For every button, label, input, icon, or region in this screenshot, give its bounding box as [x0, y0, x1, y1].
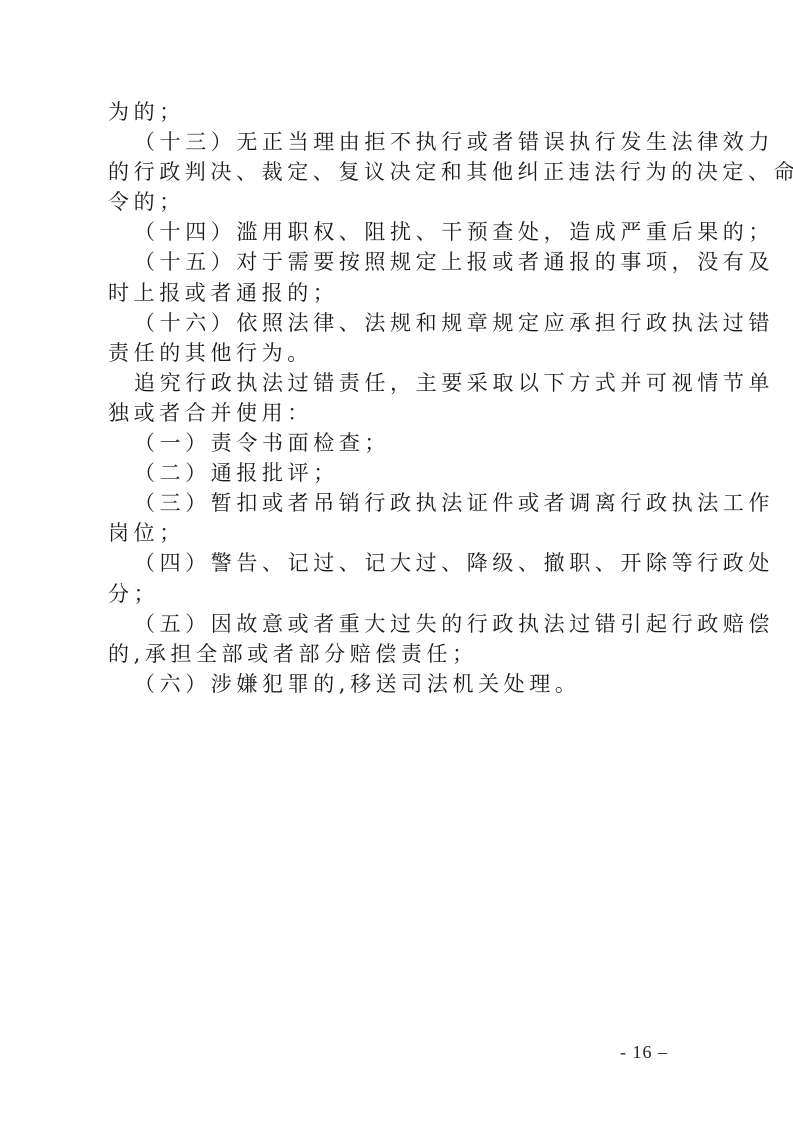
text-line: 岗位；	[108, 518, 688, 548]
text-line: （三）暂扣或者吊销行政执法证件或者调离行政执法工作	[108, 488, 688, 518]
text-line: 责任的其他行为。	[108, 338, 688, 368]
text-line: 分；	[108, 579, 688, 609]
page-number: - 16 –	[620, 1042, 668, 1063]
text-line: （六）涉嫌犯罪的,移送司法机关处理。	[108, 669, 688, 699]
text-line: （五）因故意或者重大过失的行政执法过错引起行政赔偿	[108, 609, 688, 639]
text-line: （一）责令书面检查；	[108, 428, 688, 458]
document-page: 为的； （十三）无正当理由拒不执行或者错误执行发生法律效力 的行政判决、裁定、复…	[0, 0, 793, 1122]
text-line: （十四）滥用职权、阻扰、干预查处，造成严重后果的；	[108, 217, 688, 247]
text-line: （十五）对于需要按照规定上报或者通报的事项，没有及	[108, 247, 688, 277]
text-line: （四）警告、记过、记大过、降级、撤职、开除等行政处	[108, 548, 688, 578]
body-text: 为的； （十三）无正当理由拒不执行或者错误执行发生法律效力 的行政判决、裁定、复…	[108, 97, 688, 699]
text-line: 的,承担全部或者部分赔偿责任；	[108, 639, 688, 669]
text-line: 令的；	[108, 187, 688, 217]
text-line: 的行政判决、裁定、复议决定和其他纠正违法行为的决定、命	[108, 157, 688, 187]
text-line: 追究行政执法过错责任，主要采取以下方式并可视情节单	[108, 368, 688, 398]
text-line: 为的；	[108, 97, 688, 127]
text-line: （十六）依照法律、法规和规章规定应承担行政执法过错	[108, 308, 688, 338]
text-line: 时上报或者通报的；	[108, 278, 688, 308]
text-line: （十三）无正当理由拒不执行或者错误执行发生法律效力	[108, 127, 688, 157]
text-line: 独或者合并使用：	[108, 398, 688, 428]
text-line: （二）通报批评；	[108, 458, 688, 488]
